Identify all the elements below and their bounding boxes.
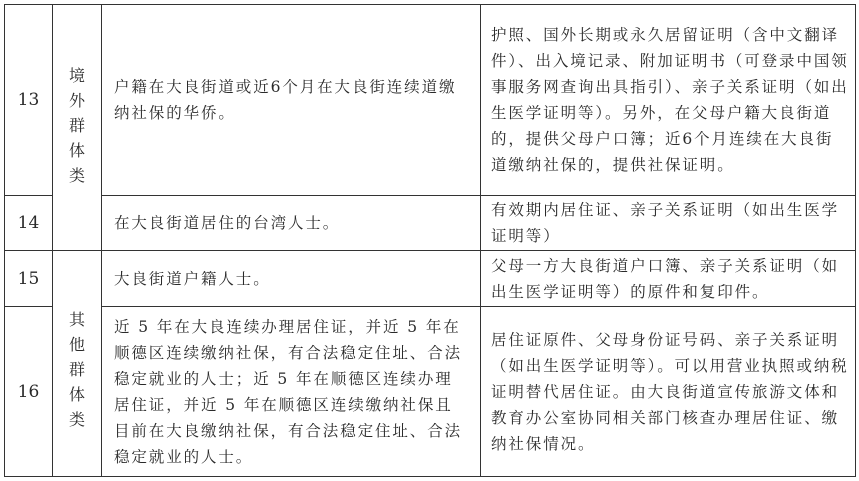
table-row: 16 近 5 年在大良连续办理居住证，并近 5 年在顺德区连续缴纳社保，有合法稳… — [5, 307, 856, 477]
row-number: 14 — [5, 196, 53, 251]
category-char: 境 — [53, 63, 101, 88]
row-number: 16 — [5, 307, 53, 477]
category-char: 他 — [53, 332, 101, 357]
eligibility-table: 13 境 外 群 体 类 户籍在大良街道或近6个月在大良街连续道缴纳社保的华侨。… — [4, 4, 856, 477]
category-char: 群 — [53, 357, 101, 382]
eligibility-description: 近 5 年在大良连续办理居住证，并近 5 年在顺德区连续缴纳社保，有合法稳定住址… — [102, 307, 481, 477]
table-row: 14 在大良街道居住的台湾人士。 有效期内居住证、亲子关系证明（如出生医学证明等… — [5, 196, 856, 251]
eligibility-description: 户籍在大良街道或近6个月在大良街连续道缴纳社保的华侨。 — [102, 5, 481, 196]
category-cell: 境 外 群 体 类 — [53, 5, 102, 251]
row-number: 13 — [5, 5, 53, 196]
category-char: 体 — [53, 138, 101, 163]
category-char: 群 — [53, 113, 101, 138]
required-documents: 护照、国外长期或永久居留证明（含中文翻译件）、出入境记录、附加证明书（可登录中国… — [481, 5, 856, 196]
category-char: 体 — [53, 382, 101, 407]
category-char: 类 — [53, 407, 101, 432]
eligibility-description: 在大良街道居住的台湾人士。 — [102, 196, 481, 251]
required-documents: 父母一方大良街道户口簿、亲子关系证明（如出生医学证明等）的原件和复印件。 — [481, 251, 856, 307]
row-number: 15 — [5, 251, 53, 307]
required-documents: 居住证原件、父母身份证号码、亲子关系证明（如出生医学证明等）。可以用营业执照或纳… — [481, 307, 856, 477]
eligibility-description: 大良街道户籍人士。 — [102, 251, 481, 307]
category-char: 其 — [53, 307, 101, 332]
table-row: 15 其 他 群 体 类 大良街道户籍人士。 父母一方大良街道户口簿、亲子关系证… — [5, 251, 856, 307]
category-cell: 其 他 群 体 类 — [53, 251, 102, 477]
table-row: 13 境 外 群 体 类 户籍在大良街道或近6个月在大良街连续道缴纳社保的华侨。… — [5, 5, 856, 196]
category-char: 外 — [53, 88, 101, 113]
required-documents: 有效期内居住证、亲子关系证明（如出生医学证明等） — [481, 196, 856, 251]
category-char: 类 — [53, 163, 101, 188]
